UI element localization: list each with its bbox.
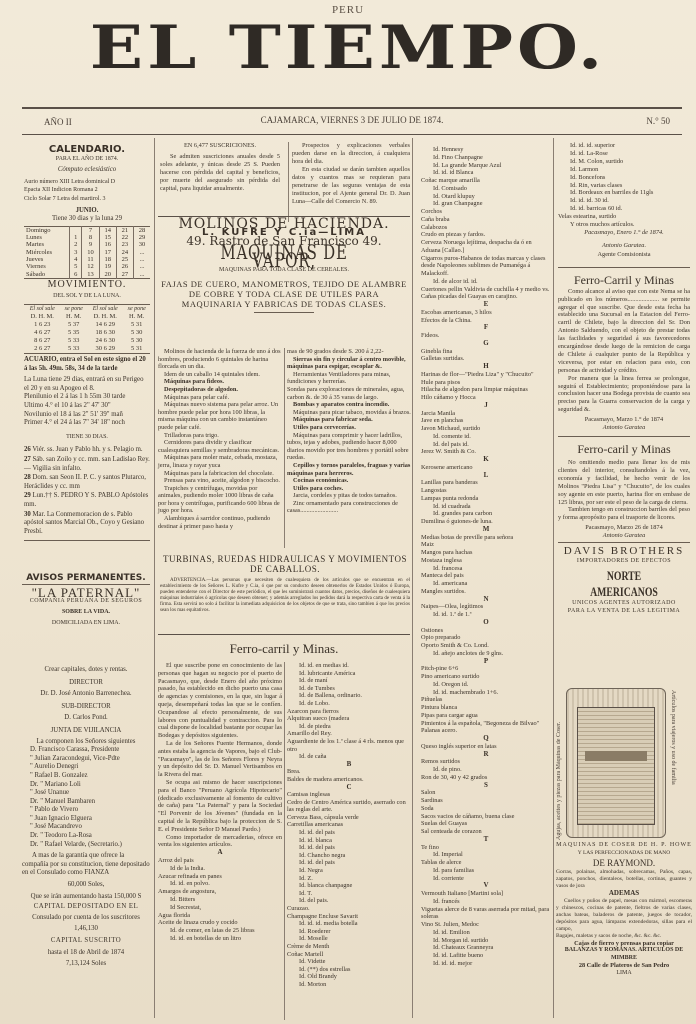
dateline: AÑO II CAJAMARCA, VIERNES 3 DE JULIO DE …	[22, 113, 682, 133]
subdirector-name: D. Carlos Pond.	[22, 714, 150, 723]
deposited-amount: 1,46,130	[22, 925, 150, 934]
moon-phase: Ultimo 4.° el 10 á las 2" 47' 30"	[24, 402, 150, 411]
calendar-subtitle: PARA EL AÑO DE 1874.	[24, 155, 150, 164]
ferro-carril-title-2: Ferro-caril y Minas	[558, 441, 690, 457]
director-label: DIRECTOR	[22, 679, 150, 688]
junta-title: JUNTA DE VIJILANCIA	[22, 727, 150, 736]
ajente-text: En esta ciudad se darán tambien aquellos…	[292, 166, 410, 206]
movement-title: MOVIMIENTO.	[24, 281, 150, 290]
molinos-right-list: mas de 90 grados desde S. 200 á 2,22- Si…	[287, 348, 411, 515]
month-title: JUNIO.	[24, 207, 150, 216]
table-row: 1 6 235 3714 6 295 31	[24, 321, 150, 329]
molinos-left-list: Molinos de hacienda de la fuerza de uno …	[158, 348, 282, 530]
suscriciones-right: Prospectos y explicaciones verbales pued…	[292, 142, 410, 206]
davis-goods: MAQUINAS DE COSER DE H. P. HOWE Y LAS PE…	[556, 842, 692, 977]
computo-line: Epacta XII Indicion Romana 2	[24, 186, 150, 195]
masthead-title: EL TIEMPO.	[0, 12, 696, 83]
avisos-title: AVISOS PERMANENTES.	[22, 574, 150, 585]
calendar-table: Domingo7142128 Lunes18152229 Martes29162…	[24, 226, 150, 279]
table-row: Domingo7142128	[24, 226, 150, 234]
ferro-carril-text-1: Como alcance al aviso que con este Nema …	[558, 288, 690, 375]
capital-note: Crear capitales, dotes y rentas.	[22, 666, 150, 675]
company-subtitle: COMPAÑIA PERUANA DE SEGUROS	[22, 597, 150, 606]
director-name: Dr. D. José Antonio Barrenechea.	[22, 690, 150, 699]
ferro-carril-text-2: No omitiendo medio para llenar los de mi…	[558, 459, 690, 506]
garantia-text: A mas de la garantía que ofrece la compa…	[22, 852, 150, 878]
ferro-carril-sign-2: Antonio Garatea	[558, 532, 690, 540]
section-rule	[158, 634, 410, 635]
right-column: Id. id. id. superior Id. id. La-Rose Id.…	[558, 142, 690, 616]
davis-brothers-title: DAVIS BROTHERS	[558, 545, 690, 558]
company-name: "LA PATERNAL"	[22, 589, 150, 598]
header-rule-bottom	[22, 134, 682, 135]
computo-label: Cómputo eclesiástico	[24, 166, 150, 175]
table-row: 2 6 275 3330 6 295 31	[24, 345, 150, 354]
calendar-title: CALENDARIO.	[24, 146, 150, 155]
signer-role: Agente Comisionista	[558, 251, 690, 259]
suscriciones-title: EN 6,477 SUSCRICIONES.	[160, 142, 280, 150]
movement-subtitle: DEL SOL Y DE LA LUNA.	[24, 292, 150, 301]
perfeccionadas-label: Y LAS PERFECCIONADAS DE MANO	[556, 850, 692, 858]
suscriciones-text: Se admiten suscriciones anuales desde 5 …	[160, 153, 280, 193]
consulado-text: Consulado por cuenta de los suscritores	[22, 914, 150, 923]
junta-members: D. Francisco Carassa, Presidente" Julian…	[22, 746, 150, 849]
ferro-carril-date-2: Pacasmayo, Marzo 26 de 1874	[558, 524, 690, 532]
lima-label: LIMA	[556, 970, 692, 978]
goods-text-1: Gorras, polainas, almohadas, sobrecamas,…	[556, 869, 692, 890]
davis-subtitle: IMPORTADORES DE EFECTOS	[558, 558, 690, 566]
vertical-text-right: Artículos para viajeros y uso de familia	[670, 690, 676, 840]
table-row: Jueves4111825...	[24, 256, 150, 263]
table-row: Lunes18152229	[24, 234, 150, 241]
ferro-carril-sign-1: Antonio Garatea	[558, 424, 690, 432]
davis-venta: PARA LA VENTA DE LAS LEGITIMA	[558, 608, 690, 616]
prospectos-text: Prospectos y explicaciones verbales pued…	[292, 142, 410, 166]
subscribed-amount: 7,13,124 Soles	[22, 960, 150, 969]
turbinas-text: TURBINAS, RUEDAS HIDRAULICAS Y MOVIMIENT…	[160, 554, 410, 574]
sun-movement-table: El sol salese poneEl sol salese pone D. …	[24, 304, 150, 354]
newspaper-page: PERU EL TIEMPO. AÑO II CAJAMARCA, VIERNE…	[0, 0, 696, 1024]
signer-name: Antonio Garatea.	[558, 242, 690, 250]
saints-list: 26 Viér. ss. Juan y Pablo hh. y s. Pelag…	[24, 446, 150, 536]
hasta-text: hasta el 18 de Abril de 1874	[22, 949, 150, 958]
column-divider	[553, 138, 554, 1018]
capital-depositado: CAPITAL DEPOSITADO EN EL	[22, 903, 150, 912]
computo-line: Aurio número XIII Letra dominical D	[24, 178, 150, 187]
avisos-section: AVISOS PERMANENTES. "LA PATERNAL" COMPAÑ…	[22, 574, 150, 969]
ferro-carril-text-2b: Tambien tengo en construccion barriles d…	[558, 506, 690, 522]
column-divider	[284, 662, 285, 1020]
capital-suscrito: CAPITAL SUSCRITO	[22, 937, 150, 946]
maquinas-coser: MAQUINAS DE COSER DE H. P. HOWE	[556, 842, 692, 850]
column-divider	[412, 138, 413, 1018]
moon-phase: Plenilunio el 2 á las 1 h 55m 30 tarde	[24, 393, 150, 402]
days-note: TIENE 30 DIAS.	[24, 433, 150, 442]
goods-text-3: Bagajes, maletas y sacos de noche, &c. &…	[556, 933, 692, 940]
issue-number: N.° 50	[646, 116, 670, 126]
column-divider	[284, 348, 285, 548]
advertencia-text: ADVERTENCIA.—Las personas que necesiten …	[160, 578, 410, 614]
raymond-title: DE RAYMOND.	[556, 857, 692, 869]
maquinas-vapor-title: MAQUINAS DE VAPOR,	[190, 248, 379, 265]
ademas-label: ADEMAS	[556, 890, 692, 898]
store-engraving-image	[566, 688, 666, 838]
davis-agents: UNICOS AGENTES AUTORIZADO	[558, 600, 690, 608]
column-divider	[288, 142, 289, 222]
ferro-carril-title-1: Ferro-Carril y Minas	[558, 272, 690, 288]
vertical-text-left: Agujas, aceites y piezas para Máquinas d…	[556, 690, 562, 840]
moon-phase: Primer 4.° el 24 á las 7" 34' 18" noch	[24, 419, 150, 428]
calle-address: 28 Calle de Plateros de San Pedro	[556, 962, 692, 970]
turbinas-ad: TURBINAS, RUEDAS HIDRAULICAS Y MOVIMIENT…	[160, 554, 410, 614]
ferro-main-title: Ferro-carril y Minas.	[158, 642, 410, 656]
suscriciones-left: EN 6,477 SUSCRICIONES. Se admiten suscri…	[160, 142, 280, 193]
table-row: Miércoles3101724...	[24, 249, 150, 256]
moon-phase: Novilunio el 18 á las 2" 51' 39" mañ	[24, 411, 150, 420]
date-text: CAJAMARCA, VIERNES 3 DE JULIO DE 1874.	[22, 115, 682, 125]
fajas-text: FAJAS DE CUERO, MANOMETROS, TEJIDO DE AL…	[158, 279, 410, 309]
column-divider	[154, 138, 155, 1018]
table-row: Sábado6132027...	[24, 271, 150, 279]
aumentando-text: Que se irán aumentando hasta 150,000 S	[22, 893, 150, 902]
header-rule-top	[22, 107, 682, 109]
subdirector-label: SUB-DIRECTOR	[22, 703, 150, 712]
goods-list: Id. Hennesy Id. Fino Chanpagne Id. La gr…	[421, 146, 551, 968]
table-row: 8 6 275 3324 6 305 30	[24, 337, 150, 345]
ferro-main-right: Id. id. en medias id. Id. lubricante Amé…	[287, 662, 411, 989]
fianza-amount: 60,000 Soles,	[22, 881, 150, 890]
table-row: Viernes5121926...	[24, 263, 150, 270]
balanzas-label: BALANZAS Y ROMANAS. ARTICULOS DE MIMBRE	[556, 947, 692, 962]
molinos-ad: MOLINOS DE HACIENDA. L. KUFRE Y C.ia—LIM…	[158, 220, 410, 316]
cajas-label: Cajas de fierro y prensas para copiar	[556, 940, 692, 948]
month-note: Tiene 30 dias y la luna 29	[24, 215, 150, 224]
ferro-main-left: El que suscribe pone en conocimiento de …	[158, 662, 282, 943]
goods-text-2: Cuellos y puños de papel, mesas con márm…	[556, 898, 692, 933]
place-date: Pacasmayo, Enero 1.° de 1874.	[558, 229, 690, 237]
calendar-column: CALENDARIO. PARA EL AÑO DE 1874. Cómputo…	[24, 146, 150, 545]
acuario-note: ACUARIO, entra el Sol en este signo el 2…	[24, 356, 150, 373]
computo-line: Ciclo Solar 7 Letra del martirol. 3	[24, 195, 150, 204]
junta-intro: La componen los Señores siguientes	[22, 738, 150, 747]
luna-note: La Luna tiene 29 dias, entrará en su Per…	[24, 376, 150, 393]
vida-label: SOBRE LA VIDA.	[22, 608, 150, 617]
table-row: 4 6 275 3518 6 305 30	[24, 329, 150, 337]
ferro-carril-date-1: Pacasmayo, Marzo 1.° de 1874	[558, 416, 690, 424]
table-row: Martes29162330	[24, 241, 150, 248]
domicilio-label: DOMICILIADA EN LIMA.	[22, 619, 150, 628]
ferro-carril-text-1b: Por manera que la linea ferrea se prolon…	[558, 375, 690, 415]
norte-americanos-title: NORTE AMERICANOS	[575, 568, 674, 600]
